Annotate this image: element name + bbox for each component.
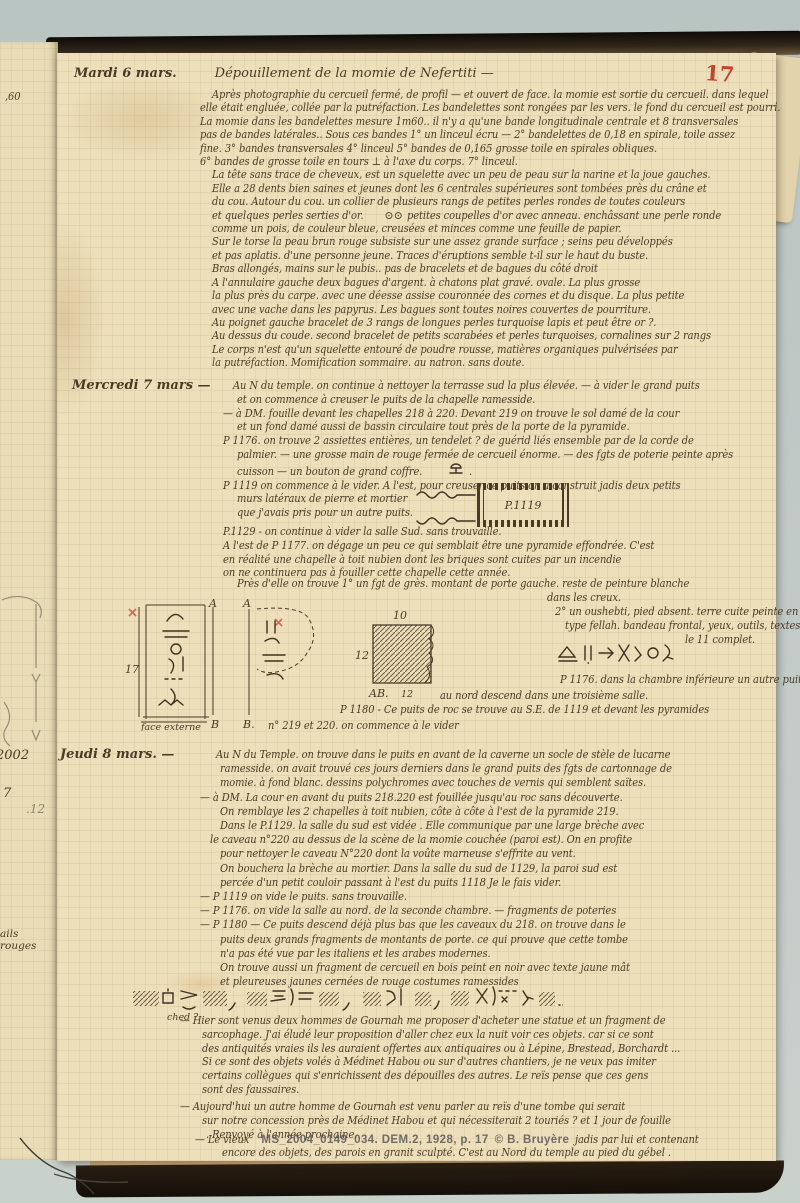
margin-note-top: ,60 (5, 90, 20, 103)
jamb-number: 17 (125, 663, 139, 676)
diary-line: et quelques perles serties d'or. (212, 209, 364, 222)
diary-line: Au poignet gauche bracelet de 3 rangs de… (212, 316, 782, 329)
diary-line: puits deux grands fragments de montants … (220, 933, 672, 947)
diary-line: — Aujourd'hui un autre homme de Gournah … (180, 1100, 669, 1114)
facing-page-edge: ,60 2002 7 .12 ails rouges (0, 42, 58, 1160)
scanned-diary-page: { "page": { "folio_number": "17", "behin… (0, 0, 800, 1203)
entry-date: Mardi 6 mars. (74, 66, 177, 81)
diary-line: — Hier sont venus deux hommes de Gournah… (180, 1014, 678, 1028)
margin-note-bottom: ails rouges (0, 928, 58, 952)
hieroglyph-note: le 11 complet. (685, 633, 755, 646)
diary-line: jadis par lui et contenant (575, 1133, 699, 1146)
diary-line: Dans le P.1129. la salle du sud est vidé… (220, 819, 672, 833)
jamb-label-a2: A (242, 597, 251, 610)
diary-line: P 1180 - Ce puits de roc se trouve au S.… (340, 703, 709, 716)
diary-line: P 1176. dans la chambre inférieure un au… (560, 673, 800, 686)
diary-line: du cou. Autour du cou. un collier de plu… (212, 195, 782, 208)
entry-mardi-6-mars: Mardi 6 mars. Dépouillement de la momie … (74, 66, 800, 370)
margin-pencil-sketch (0, 582, 58, 912)
margin-sketch-dimension: .12 (26, 802, 45, 816)
jamb-label-b1: B (210, 718, 219, 731)
diary-line: et pas aplatis. d'une personne jeune. Tr… (212, 249, 782, 262)
diary-line: sur notre concession près de Médinet Hab… (202, 1114, 671, 1128)
diary-line: en réalité une chapelle à toit nubien do… (223, 553, 732, 567)
diary-line: La tête sans trace de cheveux, est un sq… (212, 168, 782, 181)
plan-wall-lines (415, 481, 477, 529)
p1119-plan-sketch: P.1119 (415, 481, 569, 529)
diary-line: Le corps n'est qu'un squelette entouré d… (212, 343, 782, 356)
entry-body: ramesside. on avait trouvé ces jours der… (220, 762, 722, 989)
entry-date: Mercredi 7 mars — (72, 379, 211, 393)
square-dim-bottom: 12 (401, 689, 413, 700)
diary-line: momie. à fond blanc. dessins polychromes… (220, 776, 672, 790)
diary-line: A l'est de P 1177. on dégage un peu ce q… (223, 539, 732, 553)
jamb-label-b2: B. (242, 718, 255, 731)
diary-line: pas de bandes latérales.. Sous ces bande… (200, 128, 780, 141)
jamb-face-label: face externe (140, 722, 201, 731)
diary-line: sont des faussaires. (202, 1083, 680, 1097)
diary-line: Après photographie du cercueil fermé, de… (212, 88, 782, 101)
diary-line: Au N du Temple. on trouve dans le puits … (216, 748, 670, 762)
square-dim-top: 10 (393, 609, 407, 622)
diary-line: comme un pois, de couleur bleue, creusée… (212, 222, 782, 235)
diary-line: palmier. — une grosse main de rouge ferm… (237, 448, 733, 462)
diary-line: P 1176. on trouve 2 assiettes entières, … (223, 434, 732, 448)
gold-cup-beads-sketch: ⊙⊙ (384, 209, 402, 222)
entry-jeudi-8-mars: Jeudi 8 mars. — Au N du Temple. on trouv… (60, 748, 722, 989)
diary-line: On bouchera la brèche au mortier. Dans l… (220, 862, 672, 876)
diary-line: Au N du temple. on continue à nettoyer l… (233, 379, 700, 393)
plan-label: P.1119 (505, 499, 542, 512)
gournah-dealers-note: — Hier sont venus deux hommes de Gournah… (180, 1014, 733, 1097)
diary-line: sarcophage. J'ai éludé leur proposition … (202, 1028, 680, 1042)
diary-line: A l'annulaire gauche deux bagues d'argen… (212, 276, 782, 289)
diary-line: certains collègues qui s'enrichissent de… (202, 1069, 680, 1083)
diary-line: Elle a 28 dents bien saines et jeunes do… (212, 182, 782, 195)
diary-line: elle était engluée, collée par la putréf… (200, 101, 780, 114)
watermarked-line: — Le vieux MS_2004_0149_034. DEM.2, 1928… (195, 1133, 713, 1146)
diary-line: La momie dans les bandelettes mesure 1m6… (200, 115, 780, 128)
diary-page: 17 Mardi 6 mars. Dépouillement de la mom… (57, 53, 776, 1161)
archive-watermark-id: MS_2004_0149_034. DEM.2, 1928, p. 17 (261, 1134, 488, 1146)
diary-line: On trouve aussi un fragment de cercueil … (220, 961, 672, 975)
diary-line: petites coupelles d'or avec anneau. ench… (407, 209, 721, 222)
diary-line: la putréfaction. Momification sommaire. … (212, 356, 782, 369)
diary-line: des antiquités vraies ils les auraient o… (202, 1042, 680, 1056)
diary-line: — à DM. fouille devant les chapelles 218… (223, 407, 732, 421)
diary-line: Près d'elle on trouve 1° un fgt de grès.… (237, 577, 689, 591)
entry-title: Dépouillement de la momie de Nefertiti — (215, 66, 494, 81)
diary-line: au nord descend dans une troisième salle… (440, 689, 648, 702)
binding-threads (14, 1130, 174, 1200)
square-label-ab: AB. (368, 687, 389, 700)
entry-mercredi-7-mars: Mercredi 7 mars — Au N du temple. on con… (72, 379, 788, 580)
diary-line: ramesside. on avait trouvé ces jours der… (220, 762, 672, 776)
diary-line: et on commence à creuser le puits de la … (237, 393, 733, 407)
diary-line: 2° un oushebti, pied absent. terre cuite… (555, 605, 800, 619)
diary-line: Au dessus du coude. second bracelet de p… (212, 329, 782, 342)
hieroglyph-inscription-sketch (555, 641, 690, 665)
diary-line: 6° bandes de grosse toile en tours ⊥ à l… (200, 155, 780, 168)
entry-date: Jeudi 8 mars. — (60, 748, 174, 762)
archive-watermark-credit: © B. Bruyère (495, 1134, 570, 1146)
diary-line: avec une vache dans les papyrus. Les bag… (212, 303, 782, 316)
diary-line: cuisson — un bouton de grand coffre. (237, 465, 422, 479)
diary-line: dans les creux. (547, 591, 720, 605)
diary-line: — Le vieux (195, 1133, 249, 1146)
chest-button-sketch (448, 462, 464, 475)
diary-line: — à DM. La cour en avant du puits 218.22… (200, 791, 670, 805)
plan-chamber: P.1119 (477, 483, 569, 527)
diary-line: encore des objets, des parois en granit … (222, 1146, 671, 1159)
entry-body: Après photographie du cercueil fermé, de… (212, 88, 800, 370)
diary-line: Bras allongés, mains sur le pubis.. pas … (212, 262, 782, 275)
diary-line: la plus près du carpe. avec une déesse a… (212, 289, 782, 302)
diary-line: pour nettoyer le caveau N°220 dont la vo… (220, 847, 672, 861)
diary-line: Si ce sont des objets volés à Médinet Ha… (202, 1055, 680, 1069)
diary-line: percée d'un petit couloir passant à l'es… (220, 876, 672, 890)
diary-line: et un fond damé aussi de bassin circulai… (237, 420, 733, 434)
diary-line: type fellah. bandeau frontal, yeux, outi… (565, 619, 800, 633)
diary-line: le caveau n°220 au dessus de la scène de… (210, 833, 671, 847)
oushebti-note: 2° un oushebti, pied absent. terre cuite… (555, 605, 800, 633)
diary-line: n'a pas été vue par les italiens et les … (220, 947, 672, 961)
diary-line: — P 1119 on vide le puits. sans trouvail… (200, 890, 670, 904)
book-bottom-cover-edge (76, 1161, 784, 1198)
diary-line: Sur le torse la peau brun rouge subsiste… (212, 235, 782, 248)
diary-line: . (469, 465, 472, 479)
square-dim-left: 12 (355, 649, 369, 662)
diary-line: On remblaye les 2 chapelles à toit nubie… (220, 805, 672, 819)
diary-line: fine. 3° bandes transversales 4° linceul… (200, 142, 780, 155)
jamb-label-a1: A (208, 597, 217, 610)
diary-line: n° 219 et 220. on commence à le vider (268, 719, 459, 732)
diary-line: — P 1176. on vide la salle au nord. de l… (200, 904, 670, 918)
diary-line: — P 1180 — Ce puits descend déjà plus ba… (200, 918, 670, 932)
